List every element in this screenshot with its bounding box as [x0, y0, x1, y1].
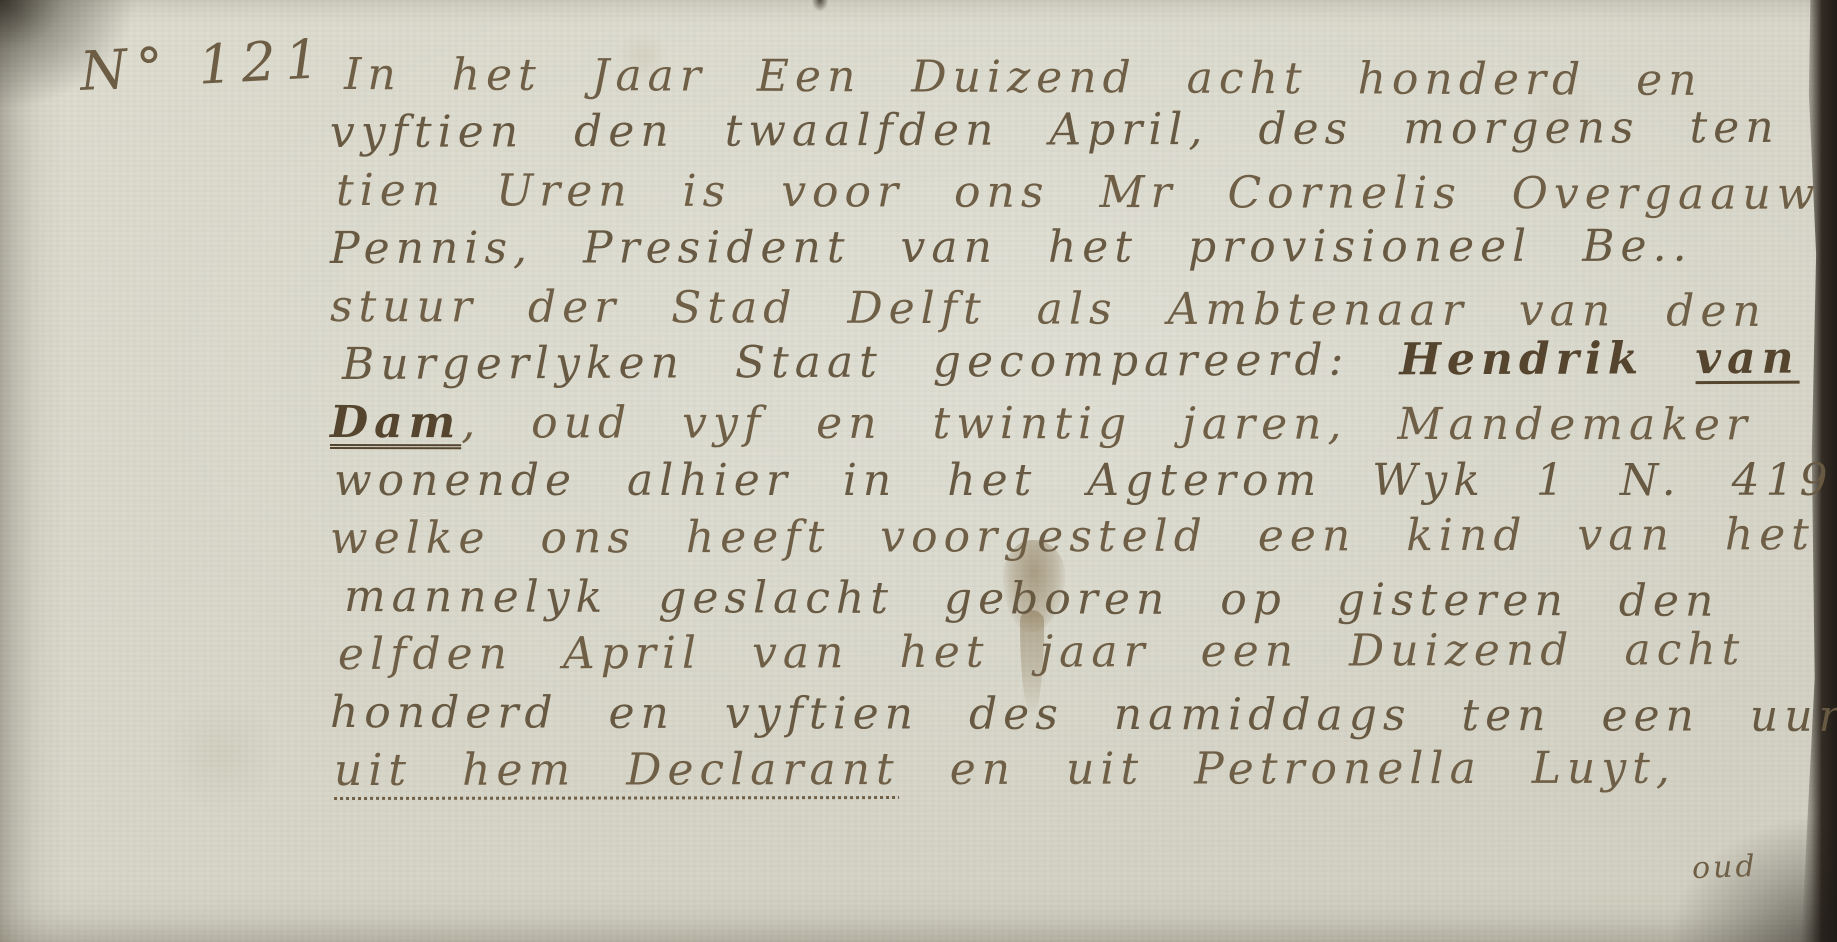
manuscript-line-13: uit hem Declarant en uit Petronella Luyt… [334, 739, 1837, 800]
line-text: , oud vyf en twintig jaren, Mandemaker [461, 397, 1753, 450]
line-text: In het Jaar Een Duizend acht honderd en [344, 49, 1703, 106]
paper-edge-notch [812, 0, 828, 11]
scanned-register-page: N° 121 In het Jaar Een Duizend acht hond… [0, 0, 1837, 942]
line-text: honderd en vyftien des namiddags ten een… [330, 687, 1837, 742]
manuscript-line-6: Burgerlyken Staat gecompareerd: Hendrik … [342, 329, 1837, 394]
line-text: elfden April van het jaar een Duizend ac… [338, 624, 1745, 680]
line-text: wonende alhier in het Agterom Wyk 1 N. 4… [334, 455, 1834, 506]
declarant-first-name: Hendrik [1399, 333, 1695, 385]
underlined-word-van: van [1695, 333, 1799, 384]
line-text: en uit Petronella Luyt, [900, 743, 1676, 795]
manuscript-line-8: wonende alhier in het Agterom Wyk 1 N. 4… [334, 452, 1837, 510]
record-text-block: In het Jaar Een Duizend acht honderd en … [330, 46, 1837, 800]
line-text: tien Uren is voor ons Mr Cornelis Overga… [336, 165, 1821, 220]
line-text: welke ons heeft voorgesteld een kind van… [330, 509, 1815, 564]
manuscript-line-9: welke ons heeft voorgesteld een kind van… [330, 506, 1837, 568]
manuscript-line-2: vyftien den twaalfden April, des morgens… [330, 99, 1837, 162]
catchword: oud [1691, 849, 1758, 886]
manuscript-line-7: Dam, oud vyf en twintig jaren, Mandemake… [330, 394, 1837, 455]
declarant-surname-underlined: Dam [330, 397, 461, 448]
line-text: stuur der Stad Delft als Ambtenaar van d… [330, 281, 1767, 337]
line-text: Burgerlyken Staat gecompareerd: [342, 334, 1400, 390]
line-text: Pennis, President van het provisioneel B… [330, 221, 1693, 274]
manuscript-line-3: tien Uren is voor ons Mr Cornelis Overga… [336, 162, 1837, 224]
line-text: vyftien den twaalfden April, des morgens… [330, 102, 1780, 158]
manuscript-line-11: elfden April van het jaar een Duizend ac… [338, 621, 1837, 684]
record-number: N° 121 [78, 27, 329, 103]
manuscript-line-4: Pennis, President van het provisioneel B… [330, 217, 1837, 278]
dotted-underlined-phrase: uit hem Declarant [334, 744, 900, 796]
manuscript-line-12: honderd en vyftien des namiddags ten een… [330, 684, 1837, 746]
line-text: mannelyk geslacht geboren op gisteren de… [344, 571, 1720, 627]
